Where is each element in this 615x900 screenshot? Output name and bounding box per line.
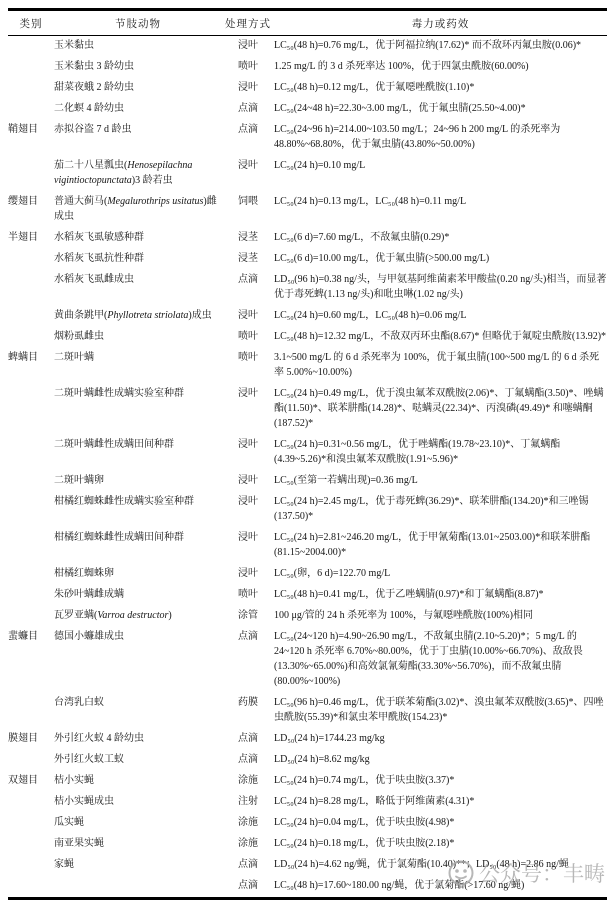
treatment-cell: 涂管 bbox=[222, 606, 274, 627]
insect-cell: 烟粉虱雌虫 bbox=[54, 327, 222, 348]
treatment-cell: 点滴 bbox=[222, 855, 274, 876]
insect-cell: 朱砂叶螨雌成螨 bbox=[54, 585, 222, 606]
table-row: 蜱螨目二斑叶螨喷叶3.1~500 mg/L 的 6 d 杀死率为 100%，优于… bbox=[8, 348, 607, 384]
table-row: 水稻灰飞虱雌成虫点滴LD₅₀(96 h)=0.38 ng/头，与甲氨基阿维菌素苯… bbox=[8, 270, 607, 306]
efficacy-cell: LC₅₀(24 h)=0.31~0.56 mg/L，优于唑螨酯(19.78~23… bbox=[274, 435, 607, 471]
efficacy-cell: LC₅₀(24 h)=0.10 mg/L bbox=[274, 156, 607, 192]
insect-cell: 二斑叶螨雌性成螨田间种群 bbox=[54, 435, 222, 471]
treatment-cell: 喷叶 bbox=[222, 57, 274, 78]
table-row: 二斑叶螨雌性成螨田间种群浸叶LC₅₀(24 h)=0.31~0.56 mg/L，… bbox=[8, 435, 607, 471]
table-row: 柑橘红蜘蛛雌性成螨田间种群浸叶LC₅₀(24 h)=2.81~246.20 mg… bbox=[8, 528, 607, 564]
table-row: 瓜实蝇涂施LC₅₀(24 h)=0.04 mg/L，优于呋虫胺(4.98)* bbox=[8, 813, 607, 834]
col-header-treatment: 处理方式 bbox=[222, 10, 274, 36]
insect-cell: 玉米黏虫 3 龄幼虫 bbox=[54, 57, 222, 78]
treatment-cell: 浸叶 bbox=[222, 471, 274, 492]
insect-cell: 外引红火蚁工蚁 bbox=[54, 750, 222, 771]
insect-cell: 普通大蓟马(Megalurothrips usitatus)雌成虫 bbox=[54, 192, 222, 228]
insect-cell: 柑橘红蜘蛛卵 bbox=[54, 564, 222, 585]
table-row: 朱砂叶螨雌成螨喷叶LC₅₀(48 h)=0.41 mg/L，优于乙唑螨腈(0.9… bbox=[8, 585, 607, 606]
treatment-cell: 涂施 bbox=[222, 771, 274, 792]
treatment-cell: 喷叶 bbox=[222, 348, 274, 384]
efficacy-cell: LC₅₀(至第一若螨出现)=0.36 mg/L bbox=[274, 471, 607, 492]
insect-cell: 柑橘红蜘蛛雌性成螨田间种群 bbox=[54, 528, 222, 564]
treatment-cell: 浸叶 bbox=[222, 564, 274, 585]
table-row: 玉米黏虫 3 龄幼虫喷叶1.25 mg/L 的 3 d 杀死率达 100%，优于… bbox=[8, 57, 607, 78]
efficacy-cell: LC₅₀(96 h)=0.46 mg/L，优于联苯菊酯(3.02)*、溴虫氟苯双… bbox=[274, 693, 607, 729]
table-row: 黄曲条跳甲(Phyllotreta striolata)成虫浸叶LC₅₀(24 … bbox=[8, 306, 607, 327]
header-row: 类别 节肢动物 处理方式 毒力或药效 bbox=[8, 10, 607, 36]
efficacy-cell: LC₅₀(卵，6 d)=122.70 mg/L bbox=[274, 564, 607, 585]
insect-cell: 二斑叶螨 bbox=[54, 348, 222, 384]
efficacy-cell: 3.1~500 mg/L 的 6 d 杀死率为 100%，优于氟虫腈(100~5… bbox=[274, 348, 607, 384]
insect-cell: 家蝇 bbox=[54, 855, 222, 876]
efficacy-cell: 1.25 mg/L 的 3 d 杀死率达 100%，优于四氯虫酰胺(60.00%… bbox=[274, 57, 607, 78]
treatment-cell: 点滴 bbox=[222, 627, 274, 693]
treatment-cell: 药膜 bbox=[222, 693, 274, 729]
treatment-cell: 浸叶 bbox=[222, 78, 274, 99]
efficacy-cell: LD₅₀(96 h)=0.38 ng/头，与甲氨基阿维菌素苯甲酸盐(0.20 n… bbox=[274, 270, 607, 306]
efficacy-cell: LC₅₀(24 h)=0.60 mg/L，LC₅₀(48 h)=0.06 mg/… bbox=[274, 306, 607, 327]
efficacy-cell: LC₅₀(24 h)=2.45 mg/L，优于毒死蜱(36.29)*、联苯肼酯(… bbox=[274, 492, 607, 528]
treatment-cell: 浸茎 bbox=[222, 249, 274, 270]
table-row: 柑橘红蜘蛛卵浸叶LC₅₀(卵，6 d)=122.70 mg/L bbox=[8, 564, 607, 585]
efficacy-cell: LC₅₀(24 h)=0.74 mg/L，优于呋虫胺(3.37)* bbox=[274, 771, 607, 792]
table-row: 点滴LC₅₀(48 h)=17.60~180.00 ng/蝇，优于氯菊酯(>17… bbox=[8, 876, 607, 899]
insect-cell: 外引红火蚁 4 龄幼虫 bbox=[54, 729, 222, 750]
table-row: 甜菜夜蛾 2 龄幼虫浸叶LC₅₀(48 h)=0.12 mg/L，优于氟噁唑酰胺… bbox=[8, 78, 607, 99]
table-row: 玉米黏虫浸叶LC₅₀(48 h)=0.76 mg/L，优于阿福拉纳(17.62)… bbox=[8, 36, 607, 58]
table-row: 鞘翅目赤拟谷盗 7 d 龄虫点滴LC₅₀(24~96 h)=214.00~103… bbox=[8, 120, 607, 156]
treatment-cell: 涂施 bbox=[222, 834, 274, 855]
treatment-cell: 饲喂 bbox=[222, 192, 274, 228]
efficacy-cell: LC₅₀(24~96 h)=214.00~103.50 mg/L；24~96 h… bbox=[274, 120, 607, 156]
table-row: 外引红火蚁工蚁点滴LD₅₀(24 h)=8.62 mg/kg bbox=[8, 750, 607, 771]
treatment-cell: 浸叶 bbox=[222, 306, 274, 327]
insect-cell: 甜菜夜蛾 2 龄幼虫 bbox=[54, 78, 222, 99]
table-row: 水稻灰飞虱抗性种群浸茎LC₅₀(6 d)=10.00 mg/L，优于氟虫腈(>5… bbox=[8, 249, 607, 270]
efficacy-cell: 100 μg/管的 24 h 杀死率为 100%，与氟噁唑酰胺(100%)相同 bbox=[274, 606, 607, 627]
treatment-cell: 浸茎 bbox=[222, 228, 274, 249]
col-header-category: 类别 bbox=[8, 10, 54, 36]
insect-cell bbox=[54, 876, 222, 899]
table-row: 双翅目桔小实蝇涂施LC₅₀(24 h)=0.74 mg/L，优于呋虫胺(3.37… bbox=[8, 771, 607, 792]
table-row: 二斑叶螨雌性成螨实验室种群浸叶LC₅₀(24 h)=0.49 mg/L，优于溴虫… bbox=[8, 384, 607, 435]
efficacy-cell: LC₅₀(6 d)=10.00 mg/L，优于氟虫腈(>500.00 mg/L) bbox=[274, 249, 607, 270]
table-row: 茄二十八星瓢虫(Henosepilachna vigintioctopuncta… bbox=[8, 156, 607, 192]
insect-cell: 柑橘红蜘蛛雌性成螨实验室种群 bbox=[54, 492, 222, 528]
efficacy-cell: LC₅₀(48 h)=17.60~180.00 ng/蝇，优于氯菊酯(>17.6… bbox=[274, 876, 607, 899]
insect-cell: 水稻灰飞虱雌成虫 bbox=[54, 270, 222, 306]
insect-cell: 二化螟 4 龄幼虫 bbox=[54, 99, 222, 120]
insect-cell: 黄曲条跳甲(Phyllotreta striolata)成虫 bbox=[54, 306, 222, 327]
table-row: 桔小实蝇成虫注射LC₅₀(24 h)=8.28 mg/L，略低于阿维菌素(4.3… bbox=[8, 792, 607, 813]
treatment-cell: 喷叶 bbox=[222, 585, 274, 606]
treatment-cell: 点滴 bbox=[222, 729, 274, 750]
efficacy-cell: LC₅₀(48 h)=0.76 mg/L，优于阿福拉纳(17.62)* 而不敌环… bbox=[274, 36, 607, 58]
table-row: 蜚蠊目德国小蠊雄成虫点滴LC₅₀(24~120 h)=4.90~26.90 mg… bbox=[8, 627, 607, 693]
efficacy-cell: LC₅₀(24 h)=0.18 mg/L，优于呋虫胺(2.18)* bbox=[274, 834, 607, 855]
insect-cell: 水稻灰飞虱抗性种群 bbox=[54, 249, 222, 270]
insect-cell: 二斑叶螨卵 bbox=[54, 471, 222, 492]
insect-cell: 德国小蠊雄成虫 bbox=[54, 627, 222, 693]
treatment-cell: 浸叶 bbox=[222, 156, 274, 192]
category-cell bbox=[8, 36, 54, 121]
table-row: 二斑叶螨卵浸叶LC₅₀(至第一若螨出现)=0.36 mg/L bbox=[8, 471, 607, 492]
efficacy-cell: LC₅₀(24 h)=0.04 mg/L，优于呋虫胺(4.98)* bbox=[274, 813, 607, 834]
table-row: 瓦罗亚螨(Varroa destructor)涂管100 μg/管的 24 h … bbox=[8, 606, 607, 627]
treatment-cell: 注射 bbox=[222, 792, 274, 813]
insect-cell: 桔小实蝇 bbox=[54, 771, 222, 792]
treatment-cell: 点滴 bbox=[222, 120, 274, 156]
table-row: 家蝇点滴LD₅₀(24 h)=4.62 ng/蝇，优于氯菊酯(10.40)**；… bbox=[8, 855, 607, 876]
treatment-cell: 浸叶 bbox=[222, 435, 274, 471]
efficacy-cell: LC₅₀(48 h)=0.12 mg/L，优于氟噁唑酰胺(1.10)* bbox=[274, 78, 607, 99]
insect-cell: 瓦罗亚螨(Varroa destructor) bbox=[54, 606, 222, 627]
insect-cell: 赤拟谷盗 7 d 龄虫 bbox=[54, 120, 222, 156]
treatment-cell: 浸叶 bbox=[222, 36, 274, 58]
treatment-cell: 浸叶 bbox=[222, 492, 274, 528]
category-cell: 蜚蠊目 bbox=[8, 627, 54, 729]
efficacy-cell: LC₅₀(48 h)=0.41 mg/L，优于乙唑螨腈(0.97)*和丁氟螨酯(… bbox=[274, 585, 607, 606]
efficacy-cell: LD₅₀(24 h)=1744.23 mg/kg bbox=[274, 729, 607, 750]
efficacy-cell: LC₅₀(24 h)=0.13 mg/L，LC₅₀(48 h)=0.11 mg/… bbox=[274, 192, 607, 228]
col-header-efficacy: 毒力或药效 bbox=[274, 10, 607, 36]
insect-cell: 二斑叶螨雌性成螨实验室种群 bbox=[54, 384, 222, 435]
table-row: 柑橘红蜘蛛雌性成螨实验室种群浸叶LC₅₀(24 h)=2.45 mg/L，优于毒… bbox=[8, 492, 607, 528]
table-row: 缨翅目普通大蓟马(Megalurothrips usitatus)雌成虫饲喂LC… bbox=[8, 192, 607, 228]
efficacy-cell: LC₅₀(6 d)=7.60 mg/L，不敌氟虫腈(0.29)* bbox=[274, 228, 607, 249]
treatment-cell: 浸叶 bbox=[222, 384, 274, 435]
efficacy-cell: LC₅₀(24~120 h)=4.90~26.90 mg/L，不敌氟虫腈(2.1… bbox=[274, 627, 607, 693]
col-header-arthropod: 节肢动物 bbox=[54, 10, 222, 36]
efficacy-cell: LC₅₀(24~48 h)=22.30~3.00 mg/L，优于氟虫腈(25.5… bbox=[274, 99, 607, 120]
efficacy-cell: LC₅₀(48 h)=12.32 mg/L，不敌双丙环虫酯(8.67)* 但略优… bbox=[274, 327, 607, 348]
treatment-cell: 点滴 bbox=[222, 99, 274, 120]
efficacy-cell: LC₅₀(24 h)=0.49 mg/L，优于溴虫氟苯双酰胺(2.06)*、丁氟… bbox=[274, 384, 607, 435]
efficacy-cell: LC₅₀(24 h)=8.28 mg/L，略低于阿维菌素(4.31)* bbox=[274, 792, 607, 813]
table-row: 台湾乳白蚁药膜LC₅₀(96 h)=0.46 mg/L，优于联苯菊酯(3.02)… bbox=[8, 693, 607, 729]
insect-cell: 水稻灰飞虱敏感种群 bbox=[54, 228, 222, 249]
efficacy-cell: LD₅₀(24 h)=8.62 mg/kg bbox=[274, 750, 607, 771]
treatment-cell: 喷叶 bbox=[222, 327, 274, 348]
treatment-cell: 点滴 bbox=[222, 876, 274, 899]
table-row: 烟粉虱雌虫喷叶LC₅₀(48 h)=12.32 mg/L，不敌双丙环虫酯(8.6… bbox=[8, 327, 607, 348]
treatment-cell: 浸叶 bbox=[222, 528, 274, 564]
category-cell: 膜翅目 bbox=[8, 729, 54, 771]
table-row: 膜翅目外引红火蚁 4 龄幼虫点滴LD₅₀(24 h)=1744.23 mg/kg bbox=[8, 729, 607, 750]
insect-cell: 桔小实蝇成虫 bbox=[54, 792, 222, 813]
insect-cell: 玉米黏虫 bbox=[54, 36, 222, 58]
category-cell: 蜱螨目 bbox=[8, 348, 54, 627]
insect-cell: 南亚果实蝇 bbox=[54, 834, 222, 855]
category-cell: 双翅目 bbox=[8, 771, 54, 899]
treatment-cell: 涂施 bbox=[222, 813, 274, 834]
treatment-cell: 点滴 bbox=[222, 270, 274, 306]
table-row: 南亚果实蝇涂施LC₅₀(24 h)=0.18 mg/L，优于呋虫胺(2.18)* bbox=[8, 834, 607, 855]
treatment-cell: 点滴 bbox=[222, 750, 274, 771]
table-body: 玉米黏虫浸叶LC₅₀(48 h)=0.76 mg/L，优于阿福拉纳(17.62)… bbox=[8, 36, 607, 899]
efficacy-cell: LD₅₀(24 h)=4.62 ng/蝇，优于氯菊酯(10.40)**；LD₅₀… bbox=[274, 855, 607, 876]
toxicity-table: 类别 节肢动物 处理方式 毒力或药效 玉米黏虫浸叶LC₅₀(48 h)=0.76… bbox=[8, 8, 607, 900]
insect-cell: 台湾乳白蚁 bbox=[54, 693, 222, 729]
category-cell: 半翅目 bbox=[8, 228, 54, 348]
table-row: 二化螟 4 龄幼虫点滴LC₅₀(24~48 h)=22.30~3.00 mg/L… bbox=[8, 99, 607, 120]
category-cell: 缨翅目 bbox=[8, 192, 54, 228]
table-row: 半翅目水稻灰飞虱敏感种群浸茎LC₅₀(6 d)=7.60 mg/L，不敌氟虫腈(… bbox=[8, 228, 607, 249]
scanned-table-page: 类别 节肢动物 处理方式 毒力或药效 玉米黏虫浸叶LC₅₀(48 h)=0.76… bbox=[0, 0, 615, 900]
category-cell: 鞘翅目 bbox=[8, 120, 54, 192]
insect-cell: 瓜实蝇 bbox=[54, 813, 222, 834]
efficacy-cell: LC₅₀(24 h)=2.81~246.20 mg/L，优于甲氰菊酯(13.01… bbox=[274, 528, 607, 564]
insect-cell: 茄二十八星瓢虫(Henosepilachna vigintioctopuncta… bbox=[54, 156, 222, 192]
